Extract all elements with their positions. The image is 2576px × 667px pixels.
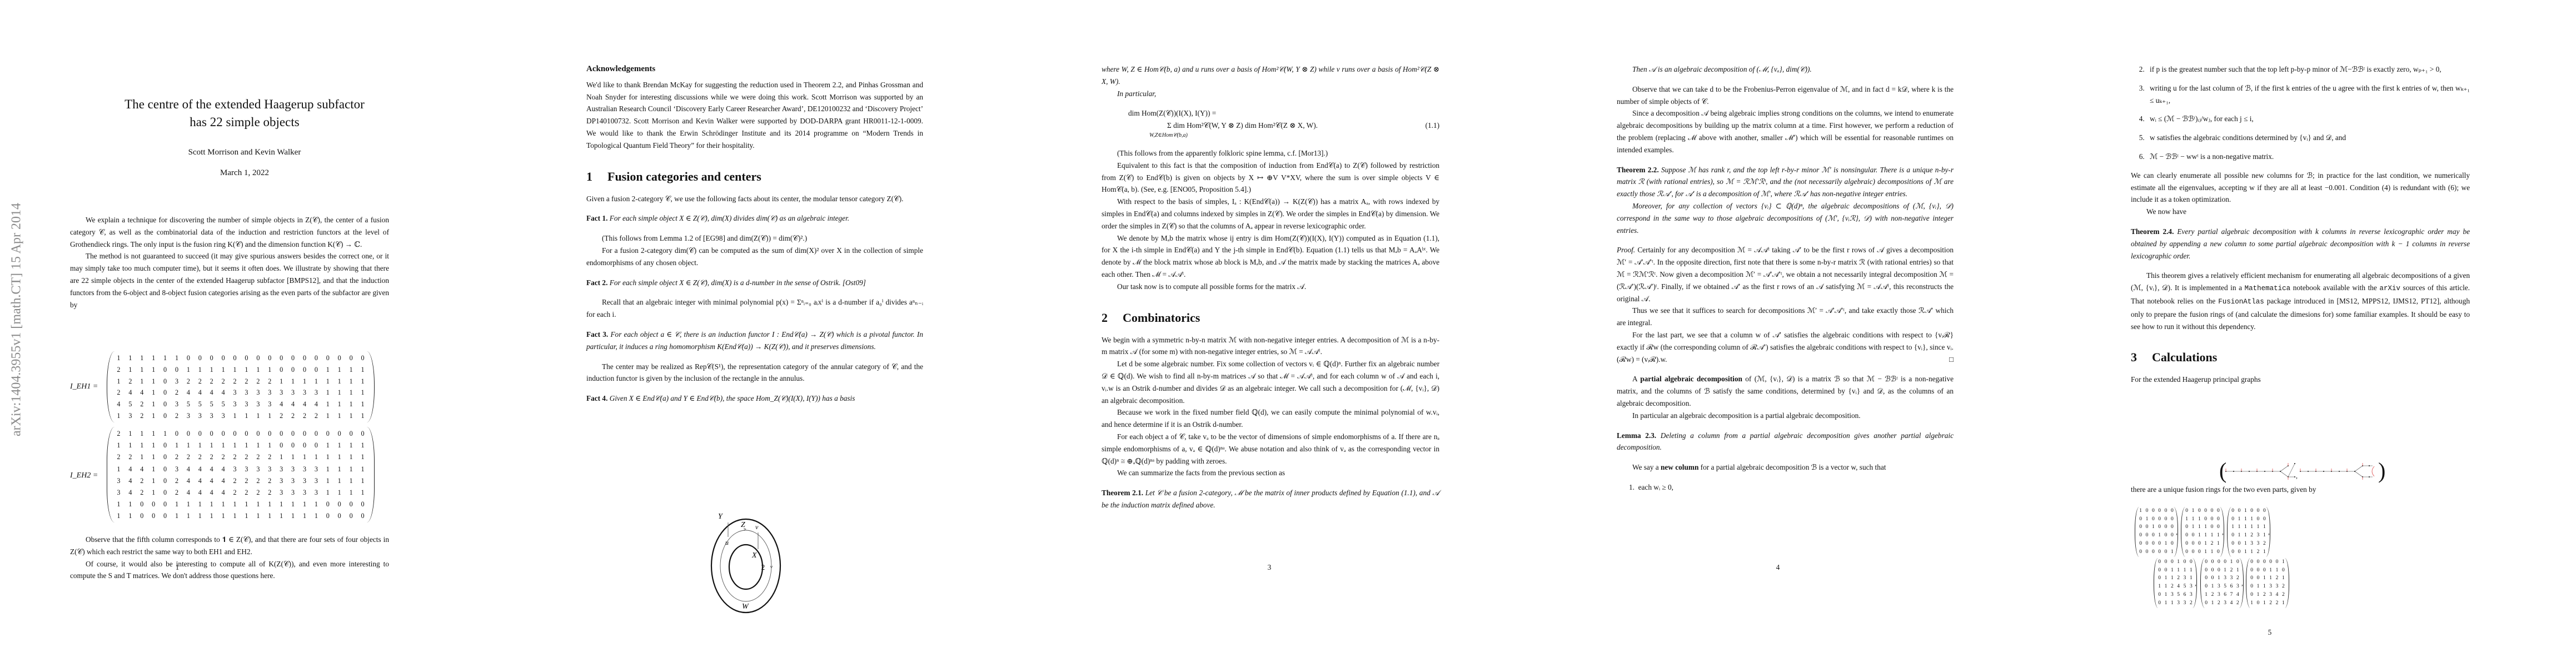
matrix-entry: 0	[2156, 548, 2163, 556]
matrix-entry: 3	[2181, 574, 2188, 583]
matrix-entry: 3	[229, 387, 241, 399]
matrix-entry: 1	[276, 499, 287, 510]
page2-column: Acknowledgements We'd like to thank Bren…	[586, 63, 923, 405]
matrix-entry: 0	[241, 428, 252, 440]
matrix-entry: 0	[2203, 599, 2209, 608]
svg-text:): )	[2378, 458, 2385, 483]
page-number: 2	[752, 563, 774, 572]
date: March 1, 2022	[67, 168, 422, 178]
matrix-entry: 1	[2280, 558, 2286, 566]
matrix-entry: 1	[2144, 515, 2150, 524]
matrix-entry: 0	[2190, 540, 2196, 548]
matrix-entry: 0	[2184, 507, 2190, 515]
matrix-entry: 0	[2181, 558, 2188, 566]
diagram-label-x: X	[751, 551, 757, 560]
matrix-entry: 3	[194, 410, 206, 422]
matrix-entry: 1	[113, 510, 124, 522]
theorem-2-4: Theorem 2.4. Every partial algebraic dec…	[2131, 226, 2470, 262]
matrix-entry: 0	[345, 510, 357, 522]
matrix-entry: 0	[2215, 515, 2221, 524]
matrix-entry: 0	[2163, 558, 2169, 566]
matrix-entry: 0	[217, 428, 229, 440]
matrix-entry: 2	[264, 376, 276, 387]
matrix-entry: 2	[276, 410, 287, 422]
fact-1: Fact 1. For each simple object X ∈ Z(𝒞),…	[586, 212, 923, 225]
matrix-entry: 1	[2255, 591, 2261, 599]
matrix-entry: 1	[124, 364, 136, 376]
matrix-entry: 2	[241, 451, 252, 463]
matrix-entry: 1	[322, 387, 333, 399]
matrix-entry: 1	[2216, 574, 2222, 583]
matrix-entry: 2	[171, 410, 183, 422]
matrix-entry: 2	[2175, 574, 2181, 583]
matrix-entry: 1	[2249, 523, 2255, 531]
matrix-entry: 4	[124, 487, 136, 499]
matrix-entry: 1	[357, 399, 368, 410]
matrix-entry: 3	[241, 387, 252, 399]
matrix-entry: 1	[2163, 591, 2169, 599]
matrix-entry: 1	[299, 499, 311, 510]
matrix-entry: 3	[241, 464, 252, 475]
matrix-entry: 0	[299, 440, 311, 451]
abstract: We explain a technique for discovering t…	[70, 214, 389, 311]
matrix-entry: 0	[2216, 566, 2222, 575]
matrix-entry: 2	[252, 487, 264, 499]
matrix-entry: 1	[345, 364, 357, 376]
matrix-entry: 0	[2209, 507, 2215, 515]
matrix-entry: 4	[217, 464, 229, 475]
matrix-entry: 0	[2150, 515, 2156, 524]
matrix-entry: 1	[333, 451, 345, 463]
matrix-entry: 0	[160, 399, 171, 410]
matrix-entry: 3	[299, 487, 311, 499]
matrix-entry: 1	[333, 440, 345, 451]
matrix-entry: 3	[2181, 599, 2188, 608]
matrix-entry: 6	[2222, 591, 2228, 599]
matrix-entry: 1	[345, 464, 357, 475]
matrix-entry: 0	[2230, 531, 2236, 540]
matrix-entry: 2	[136, 475, 148, 487]
matrix-entry: 0	[2137, 548, 2144, 556]
matrix-entry: 0	[2156, 591, 2163, 599]
matrix-entry: 0	[2137, 523, 2144, 531]
matrix-entry: 2	[206, 451, 217, 463]
matrix-entry: 1	[333, 410, 345, 422]
matrix-entry: 0	[148, 510, 160, 522]
acknowledgements-text: We'd like to thank Brendan McKay for sug…	[586, 79, 923, 152]
matrix-entry: 0	[2144, 531, 2150, 540]
matrix-entry: 2	[264, 487, 276, 499]
matrix-entry: 0	[171, 364, 183, 376]
diagram-label-u: u	[725, 539, 729, 546]
matrix-entry: 1	[2196, 515, 2203, 524]
matrix-entry: 4	[136, 464, 148, 475]
matrix-entry: 0	[2249, 583, 2255, 591]
matrix-entry: 3	[264, 387, 276, 399]
matrix-entry: 0	[2216, 558, 2222, 566]
matrix-entry: 0	[160, 410, 171, 422]
matrix-entry: 0	[345, 499, 357, 510]
matrix-entry: 4	[206, 487, 217, 499]
matrix-entry: 3	[2268, 583, 2274, 591]
matrix-entry: 1	[2196, 531, 2203, 540]
matrix-entry: 1	[345, 451, 357, 463]
matrix-entry: 0	[333, 352, 345, 364]
matrix-entry: 0	[171, 428, 183, 440]
new-column-definition: We say a new column for a partial algebr…	[1617, 461, 1954, 474]
matrix-entry: 1	[171, 352, 183, 364]
matrix-entry: 3	[171, 464, 183, 475]
matrix-entry: 1	[241, 440, 252, 451]
matrix-entry: 2	[136, 399, 148, 410]
matrix-entry: 1	[2184, 515, 2190, 524]
fact-2: Fact 2. For each simple object X ∈ Z(𝒞),…	[586, 277, 923, 289]
matrix-entry: 0	[160, 376, 171, 387]
matrix-entry: 0	[2190, 531, 2196, 540]
authors: Scott Morrison and Kevin Walker	[67, 148, 422, 157]
matrix-entry: 0	[160, 387, 171, 399]
matrix-label-eh2: I_EH2 =	[70, 471, 98, 480]
matrix-entry: 0	[2196, 548, 2203, 556]
matrix-entry: 0	[2230, 507, 2236, 515]
matrix-entry: 2	[2268, 599, 2274, 608]
abstract-paragraph: We explain a technique for discovering t…	[70, 214, 389, 250]
matrix-entry: 1	[310, 499, 322, 510]
matrix-entry: 1	[2175, 558, 2181, 566]
matrix-entry: 1	[357, 440, 368, 451]
page-4: Then 𝒜 is an algebraic decomposition of …	[1546, 0, 2061, 667]
matrix-entry: 6	[2228, 583, 2234, 591]
matrix-entry: 0	[148, 499, 160, 510]
partial-definition: A partial algebraic decomposition of (ℳ,…	[1617, 373, 1954, 409]
matrix-entry: 0	[160, 464, 171, 475]
matrix-entry: 1	[345, 475, 357, 487]
matrix-entry: 0	[2144, 548, 2150, 556]
matrix-entry: 1	[124, 352, 136, 364]
matrix-entry: 5	[124, 399, 136, 410]
matrix-entry: 1	[264, 364, 276, 376]
matrix-entry: 2	[2209, 591, 2215, 599]
matrix-entry: 0	[2255, 507, 2261, 515]
matrix-entry: 2	[2274, 599, 2280, 608]
matrix-entry: 2	[2261, 591, 2268, 599]
matrix-entry: 1	[113, 352, 124, 364]
matrix-entry: 0	[2230, 515, 2236, 524]
matrix-entry: 0	[333, 510, 345, 522]
matrix-entry: 3	[276, 464, 287, 475]
matrix-entry: 2	[136, 410, 148, 422]
matrix-entry: 0	[2169, 515, 2175, 524]
matrix-entry: 2	[2261, 540, 2268, 548]
matrix-entry: 1	[333, 376, 345, 387]
matrix-entry: 1	[194, 510, 206, 522]
matrix-entry: 0	[2163, 507, 2169, 515]
matrix-entry: 1	[182, 499, 194, 510]
matrix-entry: 1	[333, 475, 345, 487]
matrix-entry: 0	[310, 428, 322, 440]
matrix-entry: 1	[252, 364, 264, 376]
matrix-entry: 3	[113, 487, 124, 499]
matrix-entry: 2	[229, 376, 241, 387]
matrix-entry: 1	[136, 364, 148, 376]
matrix-entry: 1	[2261, 599, 2268, 608]
equation-1-1: dim Hom(Z(𝒞))(I(X), I(Y)) = Σ dim Hom²𝒞(…	[1102, 107, 1439, 140]
matrix-entry: 0	[310, 352, 322, 364]
matrix-entry: 2	[171, 475, 183, 487]
diagram-label-y: Y	[718, 512, 724, 521]
page-number: 3	[1258, 563, 1280, 572]
matrix-entry: 1	[2274, 566, 2280, 575]
matrix-entry: 1	[2243, 540, 2249, 548]
matrix-entry: 0	[299, 364, 311, 376]
matrix-entry: 2	[2280, 583, 2286, 591]
matrix-entry: 0	[2230, 548, 2236, 556]
matrix-entry: 0	[287, 364, 299, 376]
matrix-entry: 0	[2169, 558, 2175, 566]
matrix-entry: 1	[2169, 574, 2175, 583]
matrix-entry: 1	[287, 451, 299, 463]
matrix-entry: 2	[113, 387, 124, 399]
matrix-entry: 4	[124, 387, 136, 399]
matrix-entry: 1	[2236, 531, 2242, 540]
matrix-entry: 0	[2169, 523, 2175, 531]
matrix-entry: 4	[310, 399, 322, 410]
matrix-entry: 1	[322, 464, 333, 475]
matrix-entry: 1	[148, 428, 160, 440]
matrix-entry: 2	[2255, 548, 2261, 556]
matrix-entry: 0	[252, 428, 264, 440]
matrix-entry: 1	[2261, 583, 2268, 591]
matrix-entry: 4	[113, 399, 124, 410]
matrix-entry: 4	[2235, 591, 2241, 599]
matrix-entry: 0	[2261, 507, 2268, 515]
matrix-entry: 1	[148, 376, 160, 387]
matrix-entry: 1	[160, 352, 171, 364]
matrix-entry: 1	[2215, 531, 2221, 540]
matrix-entry: 1	[2261, 548, 2268, 556]
matrix-entry: 4	[182, 475, 194, 487]
matrix-entry: 2	[194, 451, 206, 463]
matrix-entry: 3	[264, 464, 276, 475]
matrix-entry: 1	[322, 364, 333, 376]
matrix-entry: 4	[194, 387, 206, 399]
matrix-entry: 1	[2163, 599, 2169, 608]
matrix-entry: 0	[2203, 566, 2209, 575]
matrix-entry: 0	[2169, 540, 2175, 548]
matrix-entry: 0	[182, 352, 194, 364]
matrix-entry: 2	[171, 387, 183, 399]
matrix-entry: 1	[136, 376, 148, 387]
fusion-matrix: 000001000110001121011332012342101221	[2246, 558, 2289, 608]
matrix-entry: 1	[206, 364, 217, 376]
matrix-entry: 1	[357, 376, 368, 387]
matrix-entry: 3	[241, 399, 252, 410]
matrix-entry: 1	[345, 399, 357, 410]
fact-3: Fact 3. For each object a ∈ 𝒞, there is …	[586, 328, 923, 353]
matrix-entry: 4	[287, 399, 299, 410]
matrix-entry: 0	[2163, 515, 2169, 524]
matrix-entry: 0	[2184, 540, 2190, 548]
matrix-entry: 1	[182, 510, 194, 522]
matrix-entry: 0	[2190, 548, 2196, 556]
matrix-entry: 1	[333, 387, 345, 399]
matrix-entry: 1	[345, 387, 357, 399]
matrix-entry: 2	[182, 451, 194, 463]
matrix-entry: 1	[194, 499, 206, 510]
matrix-entry: 2	[113, 364, 124, 376]
matrix-entry: 2	[287, 410, 299, 422]
matrix-entry: 0	[2144, 507, 2150, 515]
matrix-entry: 0	[322, 428, 333, 440]
matrix-entry: 7	[2228, 591, 2234, 599]
matrix-entry: 1	[241, 410, 252, 422]
matrix-entry: 1	[2280, 574, 2286, 583]
matrix-entry: 2	[113, 428, 124, 440]
matrix-entry: 1	[2196, 523, 2203, 531]
matrix-entry: 5	[194, 399, 206, 410]
matrix-entry: 4	[206, 475, 217, 487]
matrix-entry: 1	[2209, 583, 2215, 591]
fusion-matrix: 100000010000001000000100000010000001	[2135, 507, 2178, 557]
matrix-entry: 3	[2175, 599, 2181, 608]
matrix-entry: 0	[2249, 591, 2255, 599]
matrix-entry: 1	[252, 499, 264, 510]
matrix-entry: 0	[357, 352, 368, 364]
matrix-entry: 1	[206, 499, 217, 510]
svg-text:,: ,	[2296, 472, 2298, 480]
matrix-entry: 2	[2209, 540, 2215, 548]
matrix-entry: 0	[2137, 531, 2144, 540]
matrix-entry: 1	[2190, 507, 2196, 515]
matrix-entry: 2	[241, 487, 252, 499]
matrix-entry: 0	[160, 364, 171, 376]
matrix-entry: 1	[113, 464, 124, 475]
matrix-entry: 0	[2156, 540, 2163, 548]
matrix-entry: 1	[2190, 523, 2196, 531]
matrix-entry: 1	[2203, 591, 2209, 599]
fact-4: Fact 4. Given X ∈ End𝒞(a) and Y ∈ End𝒞(b…	[586, 392, 923, 405]
acknowledgements-heading: Acknowledgements	[586, 63, 923, 76]
matrix-entry: 2	[299, 410, 311, 422]
matrix-entry: 3	[310, 464, 322, 475]
matrix-entry: 2	[2274, 574, 2280, 583]
page-number: 1	[166, 563, 188, 572]
matrix-entry: 1	[2181, 566, 2188, 575]
matrix-entry: 0	[2261, 515, 2268, 524]
matrix-entry: 1	[229, 364, 241, 376]
matrix-entry: 1	[113, 376, 124, 387]
page4-column: Then 𝒜 is an algebraic decomposition of …	[1617, 63, 1954, 494]
matrix-entry: 4	[124, 464, 136, 475]
matrix-entry: 1	[357, 487, 368, 499]
matrix-entry: 1	[357, 475, 368, 487]
matrix-entry: 3	[2222, 574, 2228, 583]
matrix-entry: 3	[2255, 531, 2261, 540]
matrix-entry: 3	[113, 475, 124, 487]
matrix-entry: 1	[113, 410, 124, 422]
matrix-entry: 0	[2169, 507, 2175, 515]
matrix-entry: 0	[2150, 540, 2156, 548]
matrix-entry: 1	[264, 410, 276, 422]
matrix-entry: 3	[310, 487, 322, 499]
matrix-entry: 4	[217, 487, 229, 499]
matrix-entry: 1	[194, 440, 206, 451]
matrix-entry: 3	[2222, 599, 2228, 608]
matrix-entry: 1	[2209, 548, 2215, 556]
matrix-entry: 0	[2209, 558, 2215, 566]
matrix-entry: 1	[2203, 531, 2209, 540]
matrix-entry: 2	[124, 451, 136, 463]
matrix-entry: 1	[113, 440, 124, 451]
matrix-entry: 0	[2255, 574, 2261, 583]
theorem-2-1: Theorem 2.1. Let 𝒞 be a fusion 2-categor…	[1102, 487, 1439, 511]
matrix-entry: 1	[2268, 574, 2274, 583]
matrix-entry: 1	[2261, 574, 2268, 583]
principal-graphs: (	[2219, 455, 2386, 488]
matrix-entry: 0	[333, 499, 345, 510]
matrix-entry: 1	[241, 364, 252, 376]
matrix-entry: 4	[124, 475, 136, 487]
matrix-entry: 4	[194, 464, 206, 475]
matrix-entry: 1	[2230, 523, 2236, 531]
matrix-entry: 1	[276, 376, 287, 387]
matrix-entry: 3	[299, 475, 311, 487]
matrix-entry: 1	[276, 451, 287, 463]
page5-column: if p is the greatest number such that th…	[2131, 63, 2470, 386]
matrix-entry: 0	[2215, 507, 2221, 515]
matrix-entry: 1	[148, 352, 160, 364]
matrix-entry: 0	[160, 510, 171, 522]
abstract-paragraph: The method is not guaranteed to succeed …	[70, 250, 389, 311]
matrix-entry: 1	[2215, 540, 2221, 548]
condition-1: 1. each wᵢ ≥ 0,	[1617, 481, 1954, 494]
page-2: Acknowledgements We'd like to thank Bren…	[515, 0, 1030, 667]
matrix-entry: 3	[310, 387, 322, 399]
matrix-entry: 1	[2268, 566, 2274, 575]
matrix-entry: 0	[2163, 531, 2169, 540]
matrix-entry: 1	[171, 499, 183, 510]
matrix-eh1: 1111110000000000000000211100111111110000…	[107, 351, 375, 422]
matrix-entry: 1	[2243, 523, 2249, 531]
matrix-entry: 1	[287, 510, 299, 522]
matrix-entry: 1	[322, 475, 333, 487]
matrix-entry: 1	[357, 410, 368, 422]
matrix-entry: 0	[2255, 599, 2261, 608]
matrix-entry: 2	[310, 410, 322, 422]
matrix-entry: 3	[310, 475, 322, 487]
matrix-entry: 1	[357, 364, 368, 376]
matrix-entry: 0	[2203, 507, 2209, 515]
matrix-entry: 1	[2235, 566, 2241, 575]
matrix-entry: 1	[148, 387, 160, 399]
matrix-entry: 1	[357, 464, 368, 475]
matrix-entry: 2	[171, 487, 183, 499]
matrix-entry: 0	[2150, 548, 2156, 556]
matrix-entry: 1	[2163, 583, 2169, 591]
matrix-grid: 2111100000000000000000111101111111110000…	[107, 427, 374, 524]
matrix-entry: 1	[2190, 515, 2196, 524]
matrix-entry: 3	[299, 387, 311, 399]
matrix-entry: 3	[299, 464, 311, 475]
matrix-entry: 1	[2175, 566, 2181, 575]
condition-item: if p is the greatest number such that th…	[2146, 63, 2470, 76]
matrix-entry: 1	[148, 451, 160, 463]
matrix-entry: 1	[2169, 566, 2175, 575]
matrix-entry: 0	[2150, 507, 2156, 515]
matrix-entry: 2	[113, 451, 124, 463]
matrix-entry: 1	[124, 499, 136, 510]
matrix-entry: 1	[2243, 507, 2249, 515]
